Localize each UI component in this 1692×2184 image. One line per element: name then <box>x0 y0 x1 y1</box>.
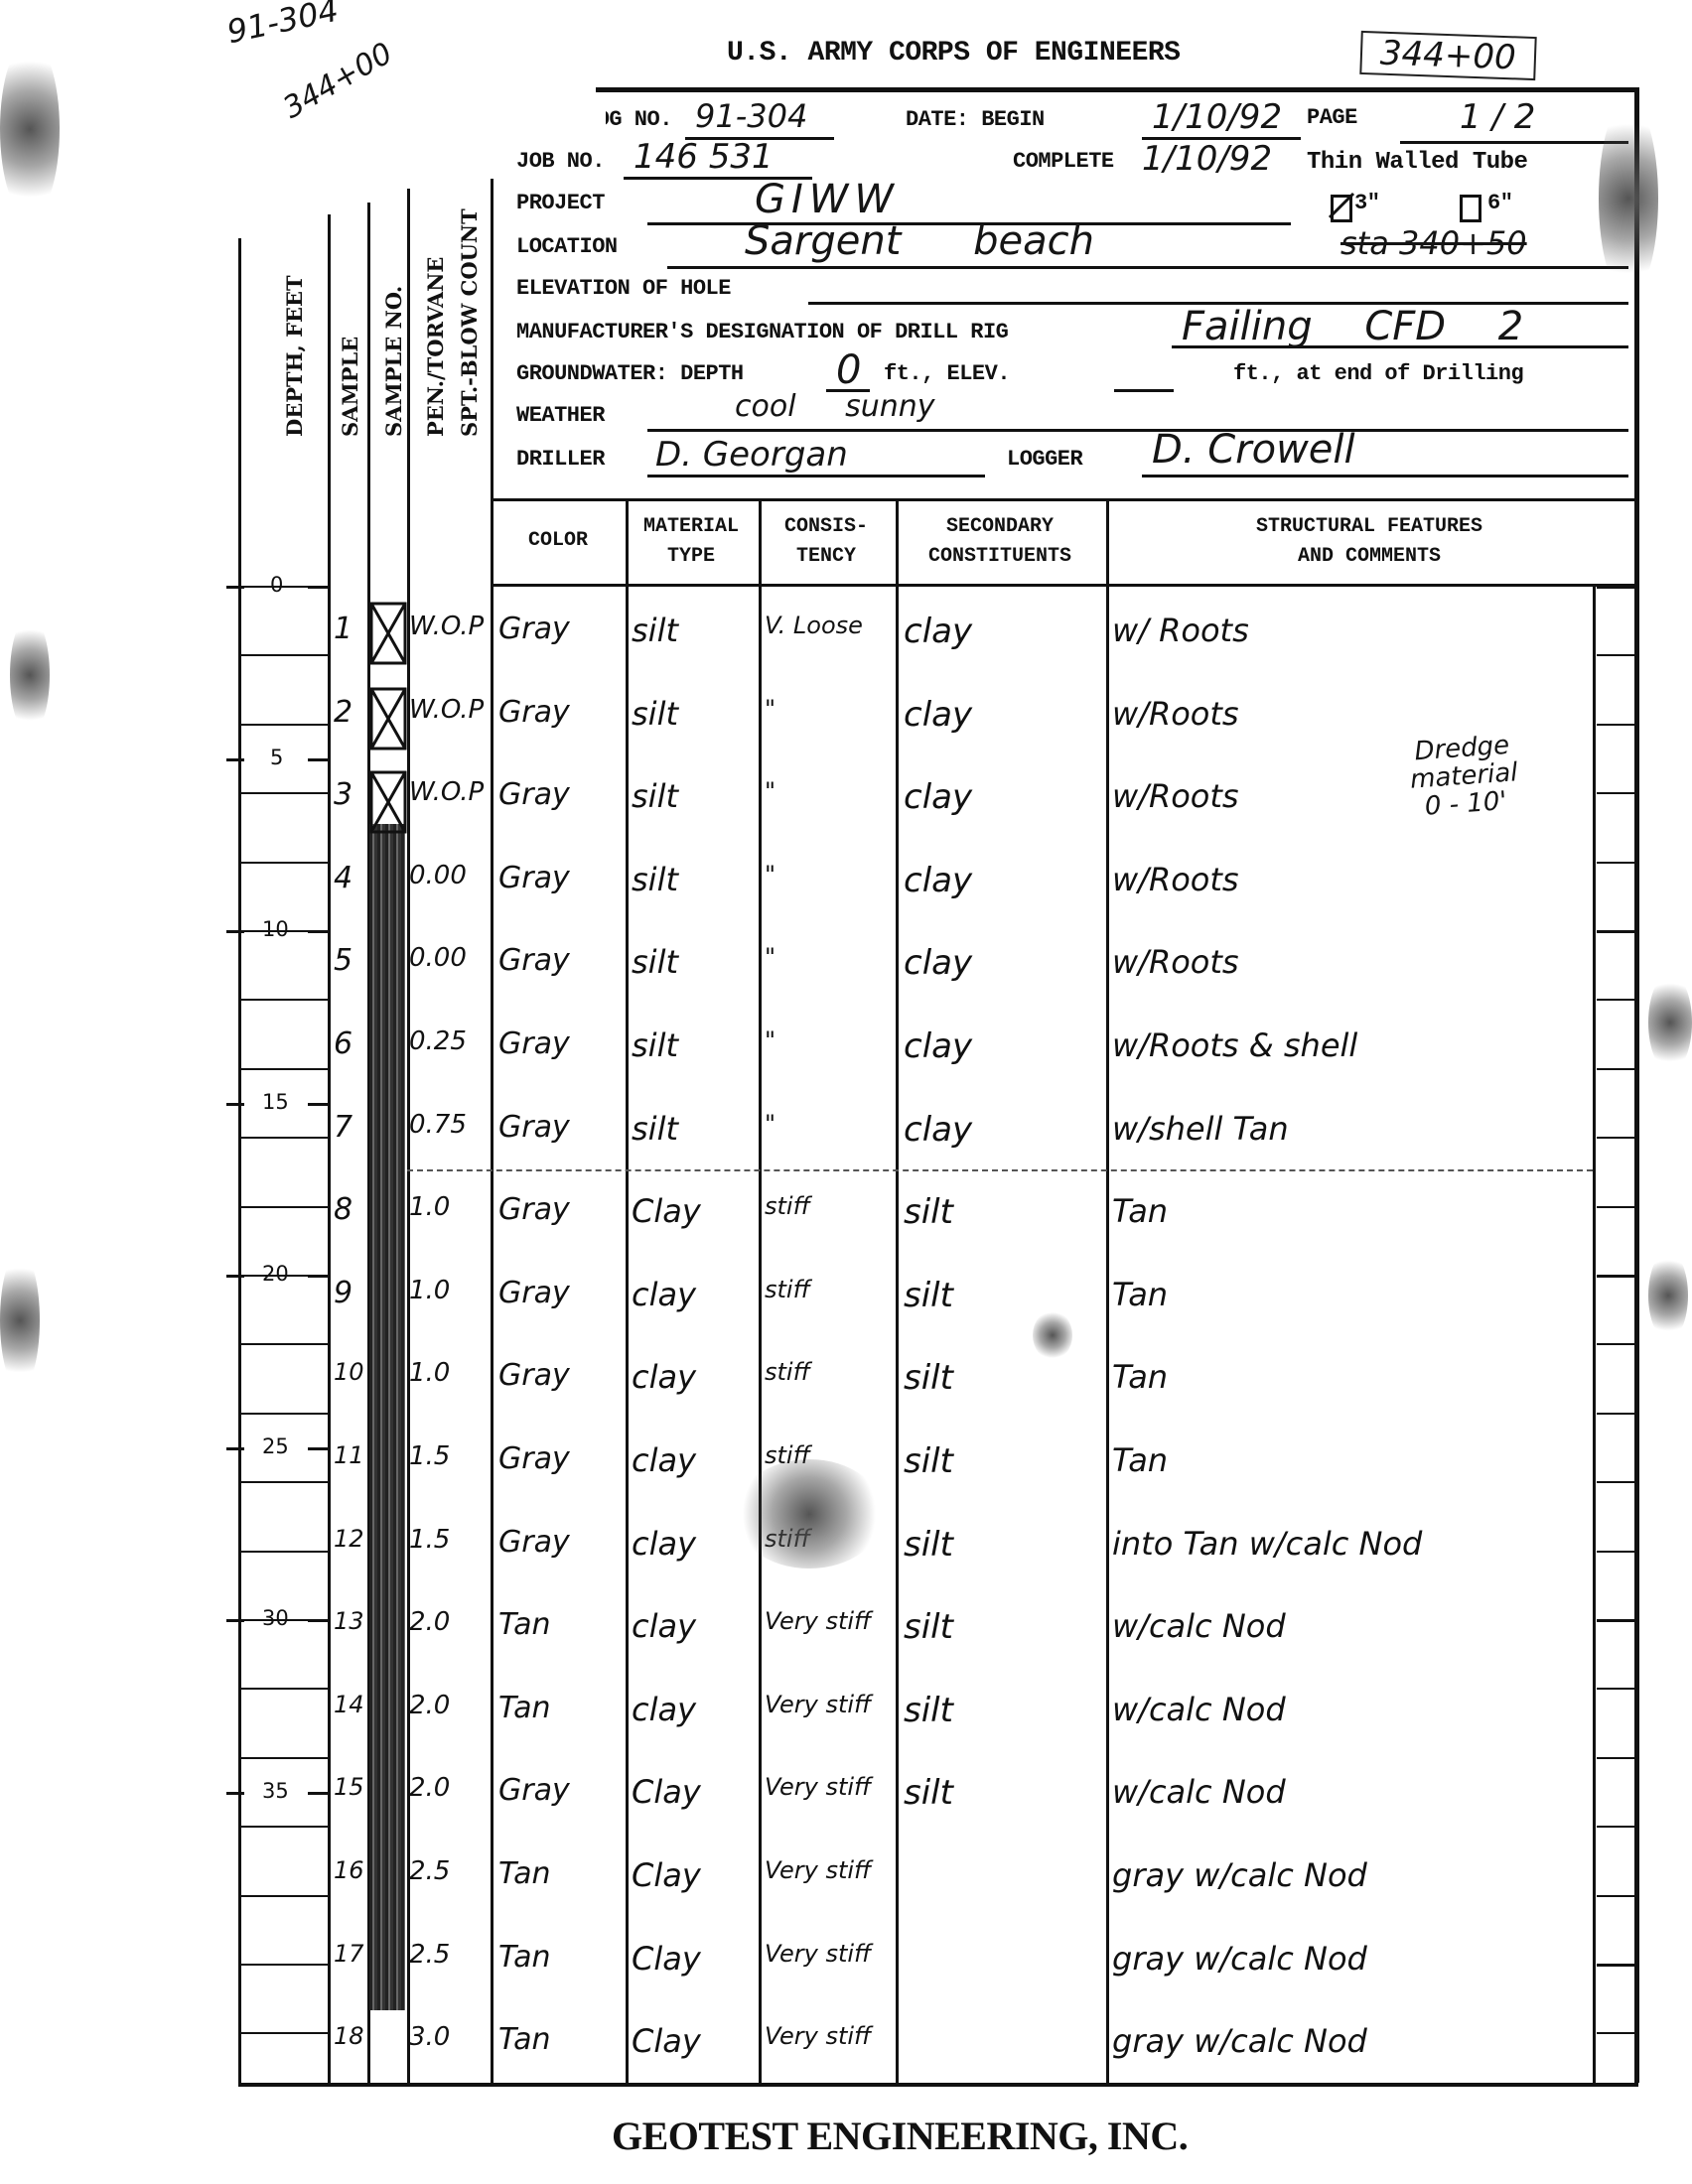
pen-torvane-value: 1.5 <box>409 1441 450 1471</box>
color-value: Gray <box>498 1358 570 1393</box>
table-row[interactable]: 162.5TanClayVery stiffgray w/calc Nod <box>328 1846 1593 1930</box>
secondary-constituent-value: silt <box>904 1192 953 1232</box>
consistency-value: Very stiff <box>765 1691 871 1718</box>
comments-value: w/shell Tan <box>1112 1110 1289 1148</box>
material-type-value: clay <box>632 1358 696 1396</box>
project-value[interactable]: GIWW <box>755 177 900 222</box>
log-no-label: LOG NO. <box>584 107 672 132</box>
margin-note-log: 91-304 <box>223 0 342 51</box>
sample-number: 12 <box>334 1525 364 1553</box>
comments-value: Tan <box>1112 1441 1168 1479</box>
sample-number: 18 <box>334 2022 364 2050</box>
right-tick <box>1597 1826 1636 1828</box>
begin-date-value[interactable]: 1/10/92 <box>1152 97 1282 137</box>
secondary-constituent-value: clay <box>904 943 972 983</box>
right-tick <box>1597 1964 1636 1967</box>
color-value: Tan <box>498 1856 551 1891</box>
sample-number: 16 <box>334 1856 364 1884</box>
comments-value: w/Roots & shell <box>1112 1026 1357 1064</box>
consistency-value: " <box>765 943 775 971</box>
consistency-value: " <box>765 1110 775 1138</box>
table-row[interactable]: 152.0GrayClayVery stiffsiltw/calc Nod <box>328 1763 1593 1846</box>
material-type-value: silt <box>632 777 678 815</box>
scan-smudge <box>1033 1310 1072 1360</box>
color-value: Gray <box>498 777 570 812</box>
groundwater-depth-value[interactable]: 0 <box>836 347 861 393</box>
company-footer: GEOTEST ENGINEERING, INC. <box>612 2113 1188 2159</box>
sample-header: SAMPLE <box>338 337 362 437</box>
depth-tick-label: 30 <box>262 1606 289 1630</box>
sample-no-header: SAMPLE NO. <box>381 286 406 437</box>
scan-smudge <box>0 40 60 218</box>
comments-value: Tan <box>1112 1192 1168 1230</box>
consistency-value: Very stiff <box>765 1607 871 1635</box>
job-no-value[interactable]: 146 531 <box>634 137 774 177</box>
sample-number: 9 <box>334 1276 352 1310</box>
material-type-value: silt <box>632 1026 678 1064</box>
sample-number: 7 <box>334 1110 352 1145</box>
secondary-constituent-value: silt <box>904 1773 953 1813</box>
right-tick <box>1597 1619 1636 1622</box>
groundwater-end-label: ft., at end of Drilling <box>1233 361 1523 386</box>
driller-value[interactable]: D. Georgan <box>655 435 848 475</box>
scan-smudge <box>0 1251 40 1390</box>
secondary-constituent-value: silt <box>904 1691 953 1730</box>
right-tick <box>1597 1343 1636 1345</box>
consistency-value: " <box>765 777 775 805</box>
material-type-value: clay <box>632 1607 696 1645</box>
pen-torvane-value: 2.5 <box>409 1940 450 1970</box>
sample-number: 10 <box>334 1358 364 1386</box>
elevation-label: ELEVATION OF HOLE <box>516 276 731 301</box>
right-tick <box>1597 1068 1636 1070</box>
sample-number: 6 <box>334 1026 352 1061</box>
depth-tick-label: 35 <box>262 1779 289 1803</box>
depth-feet-header: DEPTH, FEET <box>282 275 307 437</box>
table-row[interactable]: 91.0GrayclaystiffsiltTan <box>328 1266 1593 1349</box>
right-tick <box>1597 654 1636 656</box>
material-type-value: clay <box>632 1691 696 1728</box>
table-row[interactable]: 60.25Graysilt"clayw/Roots & shell <box>328 1017 1593 1100</box>
table-row[interactable]: 101.0GrayclaystiffsiltTan <box>328 1348 1593 1432</box>
comments-value: w/ Roots <box>1112 612 1249 649</box>
page-value[interactable]: 1 / 2 <box>1460 97 1535 137</box>
table-row[interactable]: 40.00Graysilt"clayw/Roots <box>328 851 1593 934</box>
dredge-note: Dredge material 0 - 10' <box>1407 731 1520 821</box>
comments-value: Tan <box>1112 1358 1168 1396</box>
depth-tick-label: 10 <box>262 917 289 941</box>
agency-title: U.S. ARMY CORPS OF ENGINEERS <box>727 38 1180 68</box>
consistency-value: " <box>765 1026 775 1054</box>
secondary-constituent-value: clay <box>904 612 972 651</box>
color-value: Gray <box>498 1192 570 1227</box>
project-label: PROJECT <box>516 191 605 215</box>
pen-torvane-value: W.O.P <box>409 777 484 807</box>
secondary-constituent-value: clay <box>904 1026 972 1066</box>
table-row[interactable]: 1W.O.PGraysiltV. Looseclayw/ Roots <box>328 602 1593 685</box>
material-type-value: Clay <box>632 1192 701 1230</box>
color-value: Gray <box>498 695 570 730</box>
tube-3in-label: 3" <box>1354 191 1379 215</box>
table-row[interactable]: 132.0TanclayVery stiffsiltw/calc Nod <box>328 1597 1593 1681</box>
sample-number: 13 <box>334 1607 364 1635</box>
spt-blow-count-header: SPT.-BLOW COUNT <box>457 208 482 437</box>
weather-label: WEATHER <box>516 403 605 428</box>
groundwater-elev-label: ft., ELEV. <box>884 361 1010 386</box>
pen-torvane-value: 0.75 <box>409 1110 467 1140</box>
right-tick <box>1597 1481 1636 1483</box>
table-row[interactable]: 81.0GrayClaystiffsiltTan <box>328 1182 1593 1266</box>
consistency-value: " <box>765 861 775 888</box>
comments-value: gray w/calc Nod <box>1112 1940 1367 1978</box>
table-row[interactable]: 183.0TanClayVery stiffgray w/calc Nod <box>328 2012 1593 2096</box>
header-top-border <box>596 87 1638 92</box>
comments-value: w/calc Nod <box>1112 1607 1286 1645</box>
groundwater-label: GROUNDWATER: DEPTH <box>516 361 744 386</box>
sample-number: 14 <box>334 1691 364 1718</box>
depth-tick-label: 25 <box>262 1434 289 1458</box>
secondary-constituent-value: silt <box>904 1441 953 1481</box>
right-tick <box>1597 1895 1636 1897</box>
scan-smudge <box>1648 1251 1688 1340</box>
consistency-value: Very stiff <box>765 1773 871 1801</box>
scan-smudge <box>1648 973 1692 1072</box>
secondary-constituent-value: clay <box>904 861 972 900</box>
right-tick <box>1597 862 1636 864</box>
log-no-value[interactable]: 91-304 <box>695 97 807 135</box>
pen-torvane-value: 2.5 <box>409 1856 450 1886</box>
color-value: Tan <box>498 2022 551 2057</box>
pen-torvane-value: 1.5 <box>409 1525 450 1555</box>
right-tick <box>1597 1757 1636 1759</box>
thin-walled-tube-label: Thin Walled Tube <box>1307 149 1527 176</box>
color-value: Gray <box>498 612 570 646</box>
tube-6in-label: 6" <box>1487 191 1512 215</box>
tube-6in-checkbox[interactable] <box>1460 195 1481 222</box>
color-value: Tan <box>498 1940 551 1975</box>
pen-torvane-value: 3.0 <box>409 2022 450 2052</box>
complete-date-value[interactable]: 1/10/92 <box>1142 139 1272 179</box>
color-value: Gray <box>498 1441 570 1476</box>
table-row[interactable]: 2W.O.PGraysilt"clayw/Roots <box>328 685 1593 768</box>
material-type-value: silt <box>632 1110 678 1148</box>
station-box-note: 344+00 <box>1359 31 1536 80</box>
color-value: Gray <box>498 943 570 978</box>
table-row[interactable]: 172.5TanClayVery stiffgray w/calc Nod <box>328 1930 1593 2013</box>
pen-torvane-value: 1.0 <box>409 1358 450 1388</box>
secondary-constituent-value: silt <box>904 1525 953 1565</box>
location-label: LOCATION <box>516 234 618 259</box>
color-value: Gray <box>498 1026 570 1061</box>
pen-torvane-value: W.O.P <box>409 695 484 725</box>
color-value: Gray <box>498 1525 570 1560</box>
logger-label: LOGGER <box>1007 447 1082 472</box>
material-type-value: Clay <box>632 1940 701 1978</box>
secondary-constituent-value: silt <box>904 1276 953 1315</box>
margin-note-station: 344+00 <box>277 36 398 126</box>
complete-label: COMPLETE <box>1013 149 1114 174</box>
drill-rig-value[interactable]: Failing CFD 2 <box>1182 304 1523 349</box>
job-no-label: JOB NO. <box>516 149 605 174</box>
right-tick <box>1597 1275 1636 1278</box>
tube-3in-checkbox[interactable] <box>1331 195 1352 222</box>
right-tick <box>1597 1551 1636 1553</box>
depth-tick-label: 0 <box>270 573 283 597</box>
color-value: Gray <box>498 1276 570 1310</box>
comments-value: w/Roots <box>1112 943 1239 981</box>
sample-number: 11 <box>334 1441 364 1469</box>
secondary-constituent-value: clay <box>904 1110 972 1150</box>
sample-number: 8 <box>334 1192 352 1227</box>
consistency-value: stiff <box>765 1358 810 1386</box>
secondary-constituent-value: silt <box>904 1358 953 1398</box>
drill-rig-label: MANUFACTURER'S DESIGNATION OF DRILL RIG <box>516 320 1008 344</box>
page-label: PAGE <box>1307 105 1357 130</box>
date-begin-label: DATE: BEGIN <box>906 107 1045 132</box>
scan-smudge <box>735 1459 884 1569</box>
column-header-bottom <box>491 584 1636 587</box>
comments-value: gray w/calc Nod <box>1112 2022 1367 2060</box>
depth-tick-label: 5 <box>270 746 283 769</box>
consistency-value: stiff <box>765 1192 810 1220</box>
depth-tick-label: 15 <box>262 1090 289 1114</box>
material-type-value: silt <box>632 695 678 733</box>
check-mark-icon <box>1328 192 1357 221</box>
comments-value: w/calc Nod <box>1112 1691 1286 1728</box>
scan-smudge <box>10 615 50 735</box>
material-type-value: clay <box>632 1525 696 1563</box>
driller-label: DRILLER <box>516 447 605 472</box>
comments-value: Tan <box>1112 1276 1168 1313</box>
pen-torvane-value: 0.00 <box>409 861 467 890</box>
table-row[interactable]: 142.0TanclayVery stiffsiltw/calc Nod <box>328 1681 1593 1764</box>
consistency-value: Very stiff <box>765 1856 871 1884</box>
material-type-value: clay <box>632 1276 696 1313</box>
material-type-value: Clay <box>632 1856 701 1894</box>
consistency-value: stiff <box>765 1276 810 1303</box>
pen-torvane-value: 1.0 <box>409 1276 450 1305</box>
secondary-constituent-value: clay <box>904 777 972 817</box>
right-tick <box>1597 724 1636 726</box>
material-type-value: silt <box>632 861 678 898</box>
consistency-value: V. Loose <box>765 612 863 639</box>
table-row[interactable]: 50.00Graysilt"clayw/Roots <box>328 933 1593 1017</box>
right-tick <box>1597 1688 1636 1690</box>
pen-torvane-value: W.O.P <box>409 612 484 641</box>
color-value: Tan <box>498 1607 551 1642</box>
right-tick <box>1597 2032 1636 2034</box>
scan-smudge <box>1599 99 1658 298</box>
pen-torvane-value: 2.0 <box>409 1691 450 1720</box>
table-row[interactable]: 111.5GrayclaystiffsiltTan <box>328 1432 1593 1515</box>
color-value: Gray <box>498 1110 570 1145</box>
pen-torvane-value: 0.00 <box>409 943 467 973</box>
pen-torvane-value: 2.0 <box>409 1773 450 1803</box>
comments-value: w/calc Nod <box>1112 1773 1286 1811</box>
pen-torvane-value: 2.0 <box>409 1607 450 1637</box>
comments-value: into Tan w/calc Nod <box>1112 1525 1422 1563</box>
structural-features-header: STRUCTURAL FEATURESAND COMMENTS <box>1106 512 1632 572</box>
consistency-value: " <box>765 695 775 723</box>
sample-number: 5 <box>334 943 352 978</box>
sample-number: 2 <box>334 695 352 730</box>
right-tick <box>1597 999 1636 1001</box>
weather-value[interactable]: cool sunny <box>735 389 935 424</box>
header-right-border <box>1634 87 1639 2083</box>
sample-number: 4 <box>334 861 352 895</box>
consistency-value: Very stiff <box>765 2022 871 2050</box>
sample-number: 15 <box>334 1773 364 1801</box>
pen-torvane-value: 0.25 <box>409 1026 467 1056</box>
pen-torvane-value: 1.0 <box>409 1192 450 1222</box>
table-row[interactable]: 121.5Grayclaystiffsiltinto Tan w/calc No… <box>328 1515 1593 1598</box>
color-value: Gray <box>498 861 570 895</box>
comments-value: w/Roots <box>1112 777 1239 815</box>
material-type-header: MATERIALTYPE <box>626 512 757 572</box>
table-row[interactable]: 3W.O.PGraysilt"clayw/Roots <box>328 767 1593 851</box>
sample-number: 3 <box>334 777 352 812</box>
consistency-value: Very stiff <box>765 1940 871 1968</box>
consistency-header: CONSIS-TENCY <box>759 512 894 572</box>
depth-tick-label: 20 <box>262 1262 289 1286</box>
right-tick <box>1597 792 1636 794</box>
right-tick <box>1597 1137 1636 1139</box>
secondary-constituent-value: clay <box>904 695 972 735</box>
secondary-constituent-value: silt <box>904 1607 953 1647</box>
color-header: COLOR <box>493 526 624 556</box>
logger-value[interactable]: D. Crowell <box>1152 427 1355 473</box>
material-type-value: clay <box>632 1441 696 1479</box>
color-value: Tan <box>498 1691 551 1725</box>
comments-value: w/Roots <box>1112 695 1239 733</box>
pen-torvane-header: PEN./TORVANE <box>423 257 448 437</box>
material-type-value: silt <box>632 943 678 981</box>
right-tick <box>1597 586 1636 589</box>
right-tick <box>1597 1206 1636 1208</box>
location-station[interactable]: sta 340+50 <box>1340 224 1527 262</box>
material-type-value: Clay <box>632 2022 701 2060</box>
material-type-value: Clay <box>632 1773 701 1811</box>
comments-value: gray w/calc Nod <box>1112 1856 1367 1894</box>
right-tick <box>1597 1413 1636 1415</box>
location-value[interactable]: Sargent beach <box>745 218 1094 264</box>
secondary-constituents-header: SECONDARYCONSTITUENTS <box>896 512 1104 572</box>
color-value: Gray <box>498 1773 570 1808</box>
comments-value: w/Roots <box>1112 861 1239 898</box>
sample-number: 17 <box>334 1940 364 1968</box>
material-type-value: silt <box>632 612 678 649</box>
strata-boundary <box>407 1169 1593 1171</box>
column-header-top <box>491 498 1636 501</box>
sample-number: 1 <box>334 612 352 646</box>
right-tick <box>1597 930 1636 933</box>
